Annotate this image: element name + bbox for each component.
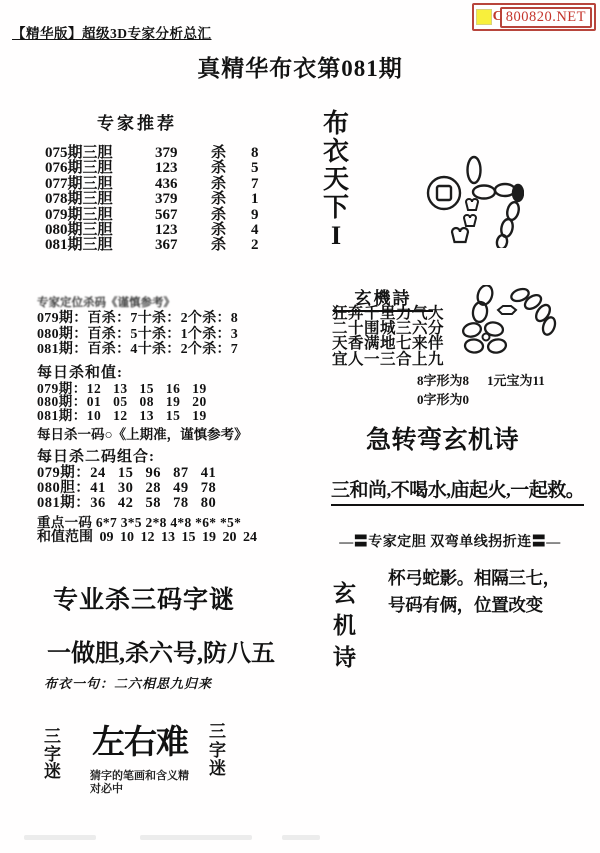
expert-dingdan-divider: —〓专家定胆 双弯单线拐折连〓— <box>330 531 570 551</box>
row-period: 078期三胆 <box>45 192 155 207</box>
table-row: 076期三胆 123 杀 5 <box>45 161 259 176</box>
row-kill-label: 杀 <box>211 192 251 207</box>
row-kill: 4 <box>251 223 259 238</box>
yellow-square-icon <box>476 9 492 25</box>
footer-ghost-text <box>140 835 252 840</box>
riddle-note-line: 对必中 <box>90 783 189 796</box>
row-kill: 9 <box>251 208 259 223</box>
buyi-analysis-sheet: 【精华版】超级3D专家分析总汇 C 800820.NET 真精华布衣第081期 … <box>0 0 600 853</box>
row-kill: 7 <box>251 177 259 192</box>
row-kill: 5 <box>251 161 259 176</box>
row-numbers: 436 <box>155 177 211 192</box>
legend-item: 1元宝为11 <box>487 370 545 389</box>
riddle-note: 猜字的笔画和含义精 对必中 <box>90 770 189 796</box>
buyi-tianxia-vertical-title: 布 衣 天 下 I <box>323 110 349 250</box>
row-numbers: 379 <box>155 146 211 161</box>
footer-ghost-text <box>24 835 96 840</box>
table-row: 079期三胆 567 杀 9 <box>45 208 259 223</box>
turn-poem-heading: 急转弯玄机诗 <box>366 420 519 456</box>
vert-char: 字 <box>209 742 226 761</box>
table-row: 078期三胆 379 杀 1 <box>45 192 259 207</box>
egg-cluster-drawing <box>460 285 558 357</box>
daily-kill-sum-row: 081期：10 12 13 15 19 <box>37 409 305 423</box>
site-badge[interactable]: C 800820.NET <box>472 3 596 31</box>
daily-two-code-row: 081期：36 42 58 78 80 <box>37 496 305 511</box>
poem-line: 号码有俩，位置改变 <box>388 592 560 619</box>
site-url[interactable]: 800820.NET <box>500 7 592 28</box>
poem-line: 狂奔千里力气大 <box>332 306 444 321</box>
shape-legend: 8字形为8 1元宝为11 0字形为0 <box>417 370 545 408</box>
vert-char: 字 <box>44 746 61 764</box>
vert-char: 下 <box>323 194 349 222</box>
kill-three-heading: 专业杀三码字谜 <box>53 580 235 616</box>
kill-three-line: 一做胆,杀六号,防八五 <box>47 633 275 668</box>
kill-analysis-block: 专家定位杀码《谨慎参考》 079期：百杀：7十杀：2个杀：8 080期：百杀：5… <box>37 294 305 546</box>
daily-kill-sum-heading: 每日杀和值: <box>37 361 305 382</box>
row-kill: 1 <box>251 192 259 207</box>
key-one-code-line: 重点一码 6*7 3*5 2*8 4*8 *6* *5* <box>37 515 305 530</box>
table-row: 077期三胆 436 杀 7 <box>45 177 259 192</box>
footer-ghost-text <box>282 835 320 840</box>
edition-label: 【精华版】超级3D专家分析总汇 <box>12 22 212 42</box>
row-kill-label: 杀 <box>211 238 251 253</box>
vert-char: 机 <box>333 610 356 642</box>
poem-line: 宜人一三合上九 <box>332 352 444 367</box>
vert-char: 三 <box>209 723 226 742</box>
xuanji-poem-lines: 杯弓蛇影。相隔三七， 号码有俩，位置改变 <box>388 565 560 619</box>
vert-char: 诗 <box>333 642 356 674</box>
page-title: 真精华布衣第081期 <box>0 50 600 83</box>
poem-line: 杯弓蛇影。相隔三七， <box>388 565 560 592</box>
row-numbers: 379 <box>155 192 211 207</box>
legend-item: 8字形为8 <box>417 370 469 389</box>
vert-char: 迷 <box>44 763 61 781</box>
badge-c-glyph: C <box>493 9 503 25</box>
vert-char: 三 <box>44 728 61 746</box>
vert-char: 迷 <box>209 760 226 779</box>
row-kill: 2 <box>251 238 259 253</box>
turn-poem-line: 三和尚,不喝水,庙起火,一起救。 <box>331 475 584 506</box>
xuanji-vertical-label: 玄 机 诗 <box>333 578 356 674</box>
three-char-riddle-answer: 左右难 <box>92 716 188 763</box>
row-numbers: 567 <box>155 208 211 223</box>
mystic-poem-lines: 狂奔千里力气大 二十围城三六分 天香满地七来伴 宜人一三合上九 <box>332 306 444 367</box>
row-period: 079期三胆 <box>45 208 155 223</box>
row-numbers: 367 <box>155 238 211 253</box>
row-period: 076期三胆 <box>45 161 155 176</box>
daily-two-code-heading: 每日杀二码组合: <box>37 445 305 466</box>
riddle-note-line: 猜字的笔画和含义精 <box>90 770 189 783</box>
position-kill-heading: 专家定位杀码《谨慎参考》 <box>37 294 305 310</box>
legend-row: 8字形为8 1元宝为11 <box>417 370 545 389</box>
vert-char: 天 <box>323 166 349 194</box>
three-char-riddle-left-label: 三 字 迷 <box>44 728 61 781</box>
row-period: 081期三胆 <box>45 238 155 253</box>
position-kill-row: 079期：百杀：7十杀：2个杀：8 <box>37 311 305 327</box>
row-kill-label: 杀 <box>211 161 251 176</box>
row-kill-label: 杀 <box>211 208 251 223</box>
daily-kill-sum-row: 080期：01 05 08 19 20 <box>37 395 305 409</box>
vert-char: 布 <box>323 110 349 138</box>
position-kill-row: 080期：百杀：5十杀：1个杀：3 <box>37 327 305 343</box>
daily-two-code-row: 079期：24 15 96 87 41 <box>37 466 305 481</box>
position-kill-row: 081期：百杀：4十杀：2个杀：7 <box>37 342 305 358</box>
bead-figure-97-drawing <box>424 148 524 248</box>
daily-kill-one-note: 每日杀一码○《上期准，谨慎参考》 <box>37 427 305 442</box>
vert-char: 玄 <box>333 578 356 610</box>
row-kill-label: 杀 <box>211 177 251 192</box>
daily-kill-sum-row: 079期：12 13 15 16 19 <box>37 382 305 396</box>
row-numbers: 123 <box>155 223 211 238</box>
expert-recommend-heading: 专家推荐 <box>97 109 177 134</box>
buyi-sentence: 布衣一句：二六相思九归来 <box>44 673 212 692</box>
expert-recommend-table: 075期三胆 379 杀 8 076期三胆 123 杀 5 077期三胆 436… <box>45 146 259 254</box>
vert-char: I <box>331 222 341 250</box>
row-numbers: 123 <box>155 161 211 176</box>
row-kill: 8 <box>251 146 259 161</box>
table-row: 081期三胆 367 杀 2 <box>45 238 259 253</box>
poem-line: 天香满地七来伴 <box>332 336 444 351</box>
vert-char: 衣 <box>323 138 349 166</box>
row-period: 077期三胆 <box>45 177 155 192</box>
three-char-riddle-right-label: 三 字 迷 <box>209 723 226 779</box>
legend-item: 0字形为0 <box>417 389 545 408</box>
sum-range-line: 和值范围 09 10 12 13 15 19 20 24 <box>37 530 305 546</box>
